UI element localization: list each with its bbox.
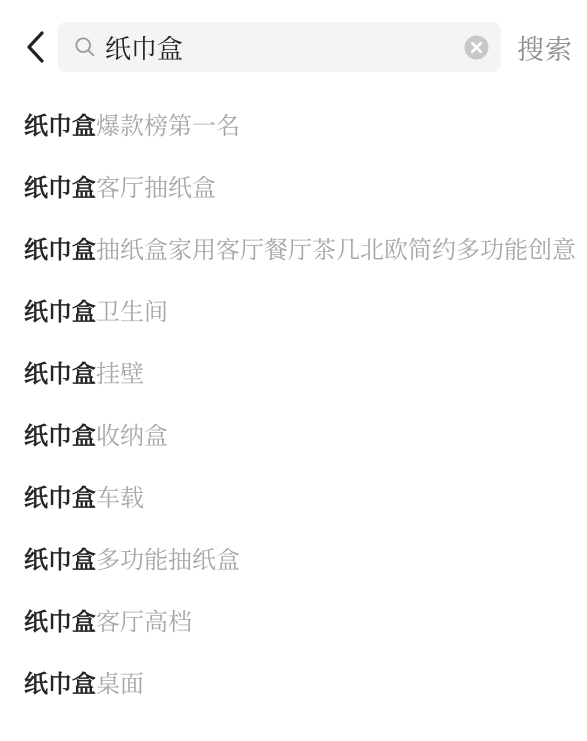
search-header: 搜索 — [0, 22, 587, 72]
suggestion-prefix: 纸巾盒 — [24, 416, 96, 451]
suggestion-suffix: 客厅抽纸盒 — [96, 168, 216, 203]
search-suggestion-list: 纸巾盒爆款榜第一名 纸巾盒客厅抽纸盒 纸巾盒抽纸盒家用客厅餐厅茶几北欧简约多功能… — [0, 72, 587, 712]
suggestion-prefix: 纸巾盒 — [24, 230, 96, 265]
suggestion-suffix: 爆款榜第一名 — [96, 106, 240, 141]
suggestion-prefix: 纸巾盒 — [24, 354, 96, 389]
suggestion-prefix: 纸巾盒 — [24, 540, 96, 575]
clear-icon — [464, 35, 489, 60]
suggestion-prefix: 纸巾盒 — [24, 168, 96, 203]
suggestion-suffix: 挂壁 — [96, 354, 144, 389]
suggestion-row[interactable]: 纸巾盒客厅高档 — [0, 588, 587, 650]
suggestion-row[interactable]: 纸巾盒桌面 — [0, 650, 587, 712]
suggestion-suffix: 车载 — [96, 478, 144, 513]
suggestion-suffix: 卫生间 — [96, 292, 168, 327]
suggestion-prefix: 纸巾盒 — [24, 602, 96, 637]
suggestion-row[interactable]: 纸巾盒挂壁 — [0, 340, 587, 402]
suggestion-suffix: 收纳盒 — [96, 416, 168, 451]
suggestion-prefix: 纸巾盒 — [24, 292, 96, 327]
suggestion-row[interactable]: 纸巾盒车载 — [0, 464, 587, 526]
suggestion-prefix: 纸巾盒 — [24, 106, 96, 141]
search-icon — [74, 36, 96, 58]
suggestion-row[interactable]: 纸巾盒抽纸盒家用客厅餐厅茶几北欧简约多功能创意 — [0, 216, 587, 278]
suggestion-row[interactable]: 纸巾盒卫生间 — [0, 278, 587, 340]
suggestion-suffix: 多功能抽纸盒 — [96, 540, 240, 575]
suggestion-row[interactable]: 纸巾盒收纳盒 — [0, 402, 587, 464]
suggestion-row[interactable]: 纸巾盒多功能抽纸盒 — [0, 526, 587, 588]
search-input[interactable] — [105, 32, 464, 63]
back-button[interactable] — [14, 22, 58, 72]
suggestion-row[interactable]: 纸巾盒客厅抽纸盒 — [0, 154, 587, 216]
clear-search-button[interactable] — [464, 35, 489, 60]
suggestion-suffix: 抽纸盒家用客厅餐厅茶几北欧简约多功能创意 — [96, 230, 576, 265]
suggestion-suffix: 客厅高档 — [96, 602, 192, 637]
chevron-left-icon — [24, 29, 46, 65]
suggestion-row[interactable]: 纸巾盒爆款榜第一名 — [0, 92, 587, 154]
suggestion-suffix: 桌面 — [96, 664, 144, 699]
suggestion-prefix: 纸巾盒 — [24, 664, 96, 699]
search-submit-button[interactable]: 搜索 — [515, 28, 575, 67]
search-box[interactable] — [58, 22, 501, 72]
suggestion-prefix: 纸巾盒 — [24, 478, 96, 513]
